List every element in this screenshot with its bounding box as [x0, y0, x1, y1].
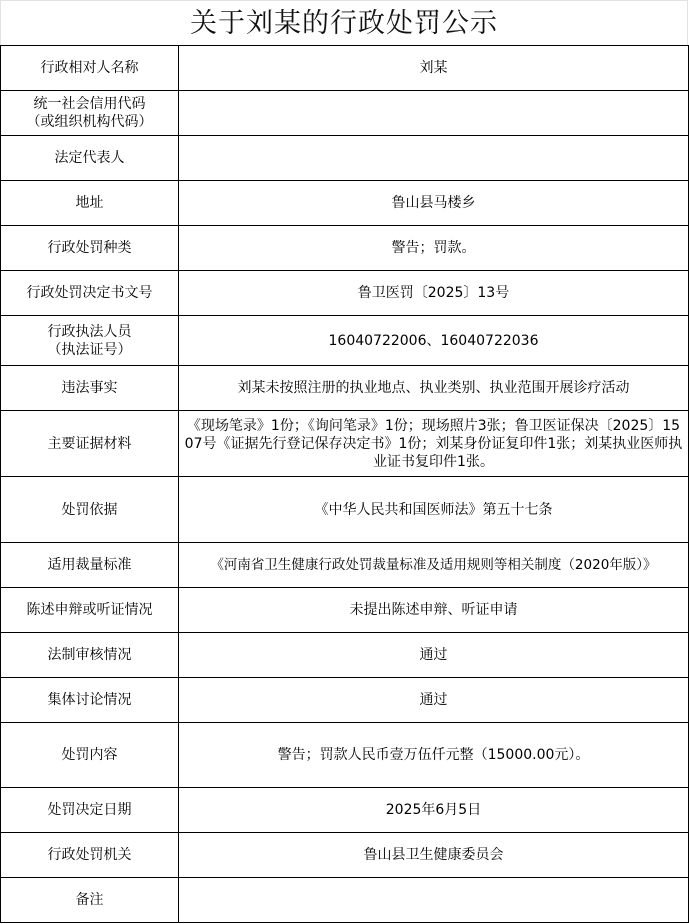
row-value: [179, 878, 689, 923]
table-row-discretion-standard: 适用裁量标准 《河南省卫生健康行政处罚裁量标准及适用规则等相关制度（2020年版…: [1, 543, 689, 588]
table-row-credit-code: 统一社会信用代码 （或组织机构代码）: [1, 91, 689, 136]
document-title: 关于刘某的行政处罚公示: [190, 10, 498, 37]
row-label: 违法事实: [1, 366, 179, 411]
row-value: 鲁山县卫生健康委员会: [179, 833, 689, 878]
row-value: 刘某: [179, 46, 689, 91]
table-row-decision-date: 处罚决定日期 2025年6月5日: [1, 788, 689, 833]
table-row-legal-basis: 处罚依据 《中华人民共和国医师法》第五十七条: [1, 477, 689, 543]
row-value: [179, 136, 689, 181]
row-value: 通过: [179, 633, 689, 678]
row-label: 法定代表人: [1, 136, 179, 181]
row-label: 行政相对人名称: [1, 46, 179, 91]
row-label-main: 行政执法人员: [5, 323, 174, 341]
row-label: 陈述申辩或听证情况: [1, 588, 179, 633]
row-label: 行政执法人员 （执法证号）: [1, 316, 179, 366]
row-label-sub: （执法证号）: [5, 341, 174, 359]
table-row-violation-facts: 违法事实 刘某未按照注册的执业地点、执业类别、执业范围开展诊疗活动: [1, 366, 689, 411]
table-row-penalty-content: 处罚内容 警告；罚款人民币壹万伍仟元整（15000.00元）。: [1, 723, 689, 788]
row-value: 《河南省卫生健康行政处罚裁量标准及适用规则等相关制度（2020年版）》: [179, 543, 689, 588]
row-value: [179, 91, 689, 136]
row-label: 集体讨论情况: [1, 678, 179, 723]
table-row-remarks: 备注: [1, 878, 689, 923]
row-value: 刘某未按照注册的执业地点、执业类别、执业范围开展诊疗活动: [179, 366, 689, 411]
row-value: 警告；罚款人民币壹万伍仟元整（15000.00元）。: [179, 723, 689, 788]
row-label: 处罚决定日期: [1, 788, 179, 833]
table-row-statement-hearing: 陈述申辩或听证情况 未提出陈述申辩、听证申请: [1, 588, 689, 633]
title-bar: 关于刘某的行政处罚公示: [0, 0, 688, 46]
row-value: 16040722006、16040722036: [179, 316, 689, 366]
table-row-decision-number: 行政处罚决定书文号 鲁卫医罚〔2025〕13号: [1, 271, 689, 316]
row-label: 处罚内容: [1, 723, 179, 788]
table-row-collective-discussion: 集体讨论情况 通过: [1, 678, 689, 723]
row-label: 适用裁量标准: [1, 543, 179, 588]
table-row-enforcement-officers: 行政执法人员 （执法证号） 16040722006、16040722036: [1, 316, 689, 366]
table-row-legal-review: 法制审核情况 通过: [1, 633, 689, 678]
table-row-address: 地址 鲁山县马楼乡: [1, 181, 689, 226]
row-label: 行政处罚决定书文号: [1, 271, 179, 316]
row-value: 未提出陈述申辩、听证申请: [179, 588, 689, 633]
row-value: 《中华人民共和国医师法》第五十七条: [179, 477, 689, 543]
row-label: 法制审核情况: [1, 633, 179, 678]
table-row-party-name: 行政相对人名称 刘某: [1, 46, 689, 91]
row-label: 行政处罚种类: [1, 226, 179, 271]
row-value: 警告；罚款。: [179, 226, 689, 271]
row-value: 通过: [179, 678, 689, 723]
table-row-penalty-type: 行政处罚种类 警告；罚款。: [1, 226, 689, 271]
row-label: 地址: [1, 181, 179, 226]
row-label-main: 统一社会信用代码: [5, 95, 174, 113]
table-row-evidence: 主要证据材料 《现场笔录》1份；《询问笔录》1份；现场照片3张；鲁卫医证保决〔2…: [1, 411, 689, 477]
table-row-legal-representative: 法定代表人: [1, 136, 689, 181]
row-label: 行政处罚机关: [1, 833, 179, 878]
row-value: 鲁山县马楼乡: [179, 181, 689, 226]
row-value: 2025年6月5日: [179, 788, 689, 833]
row-label: 处罚依据: [1, 477, 179, 543]
row-label-sub: （或组织机构代码）: [5, 113, 174, 131]
row-label: 主要证据材料: [1, 411, 179, 477]
table-row-penalty-authority: 行政处罚机关 鲁山县卫生健康委员会: [1, 833, 689, 878]
row-label: 统一社会信用代码 （或组织机构代码）: [1, 91, 179, 136]
row-value: 鲁卫医罚〔2025〕13号: [179, 271, 689, 316]
row-value: 《现场笔录》1份；《询问笔录》1份；现场照片3张；鲁卫医证保决〔2025〕150…: [179, 411, 689, 477]
row-label: 备注: [1, 878, 179, 923]
penalty-notice-table: 行政相对人名称 刘某 统一社会信用代码 （或组织机构代码） 法定代表人 地址 鲁…: [0, 45, 689, 923]
